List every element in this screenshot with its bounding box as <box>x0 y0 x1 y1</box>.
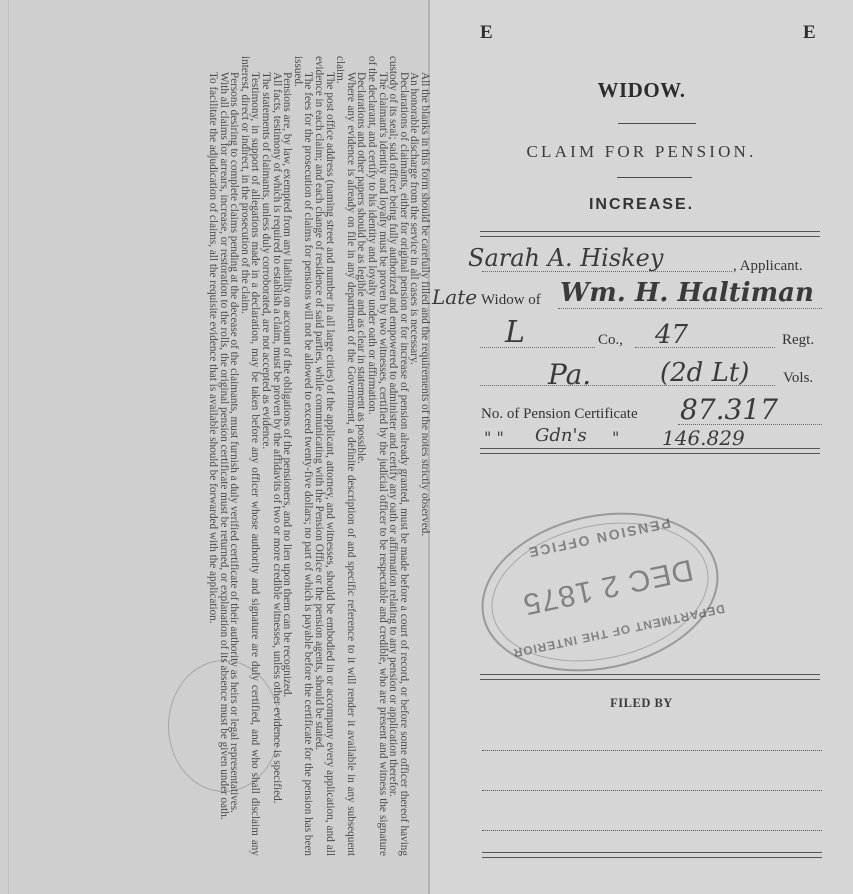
instruction-paragraph: Where any evidence is already on file in… <box>335 56 356 856</box>
filed-by-line <box>482 790 822 791</box>
husband-line <box>558 308 822 309</box>
document-subtitle: CLAIM FOR PENSION. <box>430 142 853 162</box>
instruction-paragraph: All the blanks in this form should be ca… <box>419 56 430 856</box>
instruction-paragraph: Declarations and other papers should be … <box>356 56 367 856</box>
widow-of-label: Widow of <box>481 292 541 309</box>
cover-panel <box>430 0 853 894</box>
applicant-name-handwritten: Sarah A. Hiskey <box>468 244 663 272</box>
double-rule <box>480 448 820 454</box>
instruction-paragraph: The fees for the prosecution of claims f… <box>292 56 313 856</box>
regiment-handwritten: 47 <box>655 320 688 350</box>
company-handwritten: L <box>505 315 525 350</box>
regiment-label: Regt. <box>782 332 814 349</box>
applicant-label: , Applicant. <box>733 258 803 275</box>
document-title: WIDOW. <box>430 78 853 103</box>
double-rule <box>482 852 822 858</box>
vols-label: Vols. <box>783 370 813 387</box>
husband-name-handwritten: Wm. H. Haltiman <box>560 278 814 308</box>
vols-line <box>480 385 775 386</box>
company-label: Co., <box>598 332 623 349</box>
divider <box>617 177 692 178</box>
corner-letter-left: E <box>480 22 493 44</box>
company-line <box>480 347 595 348</box>
scanned-document: All the blanks in this form should be ca… <box>0 0 853 894</box>
ditto-mark: " <box>612 428 619 447</box>
faint-circular-stamp <box>168 660 280 792</box>
state-handwritten: Pa. <box>548 358 591 391</box>
instruction-paragraph: An honorable discharge from the service … <box>409 56 420 856</box>
guardian-certificate-handwritten: 146.829 <box>662 426 745 450</box>
instruction-paragraph: Pensions are, by law, exempted from any … <box>282 56 293 856</box>
double-rule <box>480 231 820 237</box>
filed-by-label: FILED BY <box>430 696 853 711</box>
regiment-line <box>635 347 775 348</box>
claim-type: INCREASE. <box>430 196 853 214</box>
divider <box>618 123 696 124</box>
page-edge <box>8 0 9 894</box>
corner-letter-right: E <box>803 22 816 44</box>
applicant-line <box>482 271 732 272</box>
instruction-paragraph: The claimant's identity and loyalty must… <box>366 56 387 856</box>
filed-by-line <box>482 750 822 751</box>
guardian-annotation-handwritten: Gdn's <box>535 425 587 446</box>
instruction-paragraph: The post office address (naming street a… <box>313 56 334 856</box>
unit-handwritten: (2d Lt) <box>660 358 749 388</box>
filed-by-line <box>482 830 822 831</box>
pension-certificate-handwritten: 87.317 <box>680 393 778 426</box>
late-annotation-handwritten: Late <box>432 285 477 309</box>
pension-certificate-label: No. of Pension Certificate <box>481 406 638 423</box>
double-rule <box>480 674 820 680</box>
instruction-paragraph: Declarations of claimants, either for or… <box>388 56 409 856</box>
certificate-line <box>678 424 822 425</box>
ditto-marks: " " <box>484 428 504 447</box>
